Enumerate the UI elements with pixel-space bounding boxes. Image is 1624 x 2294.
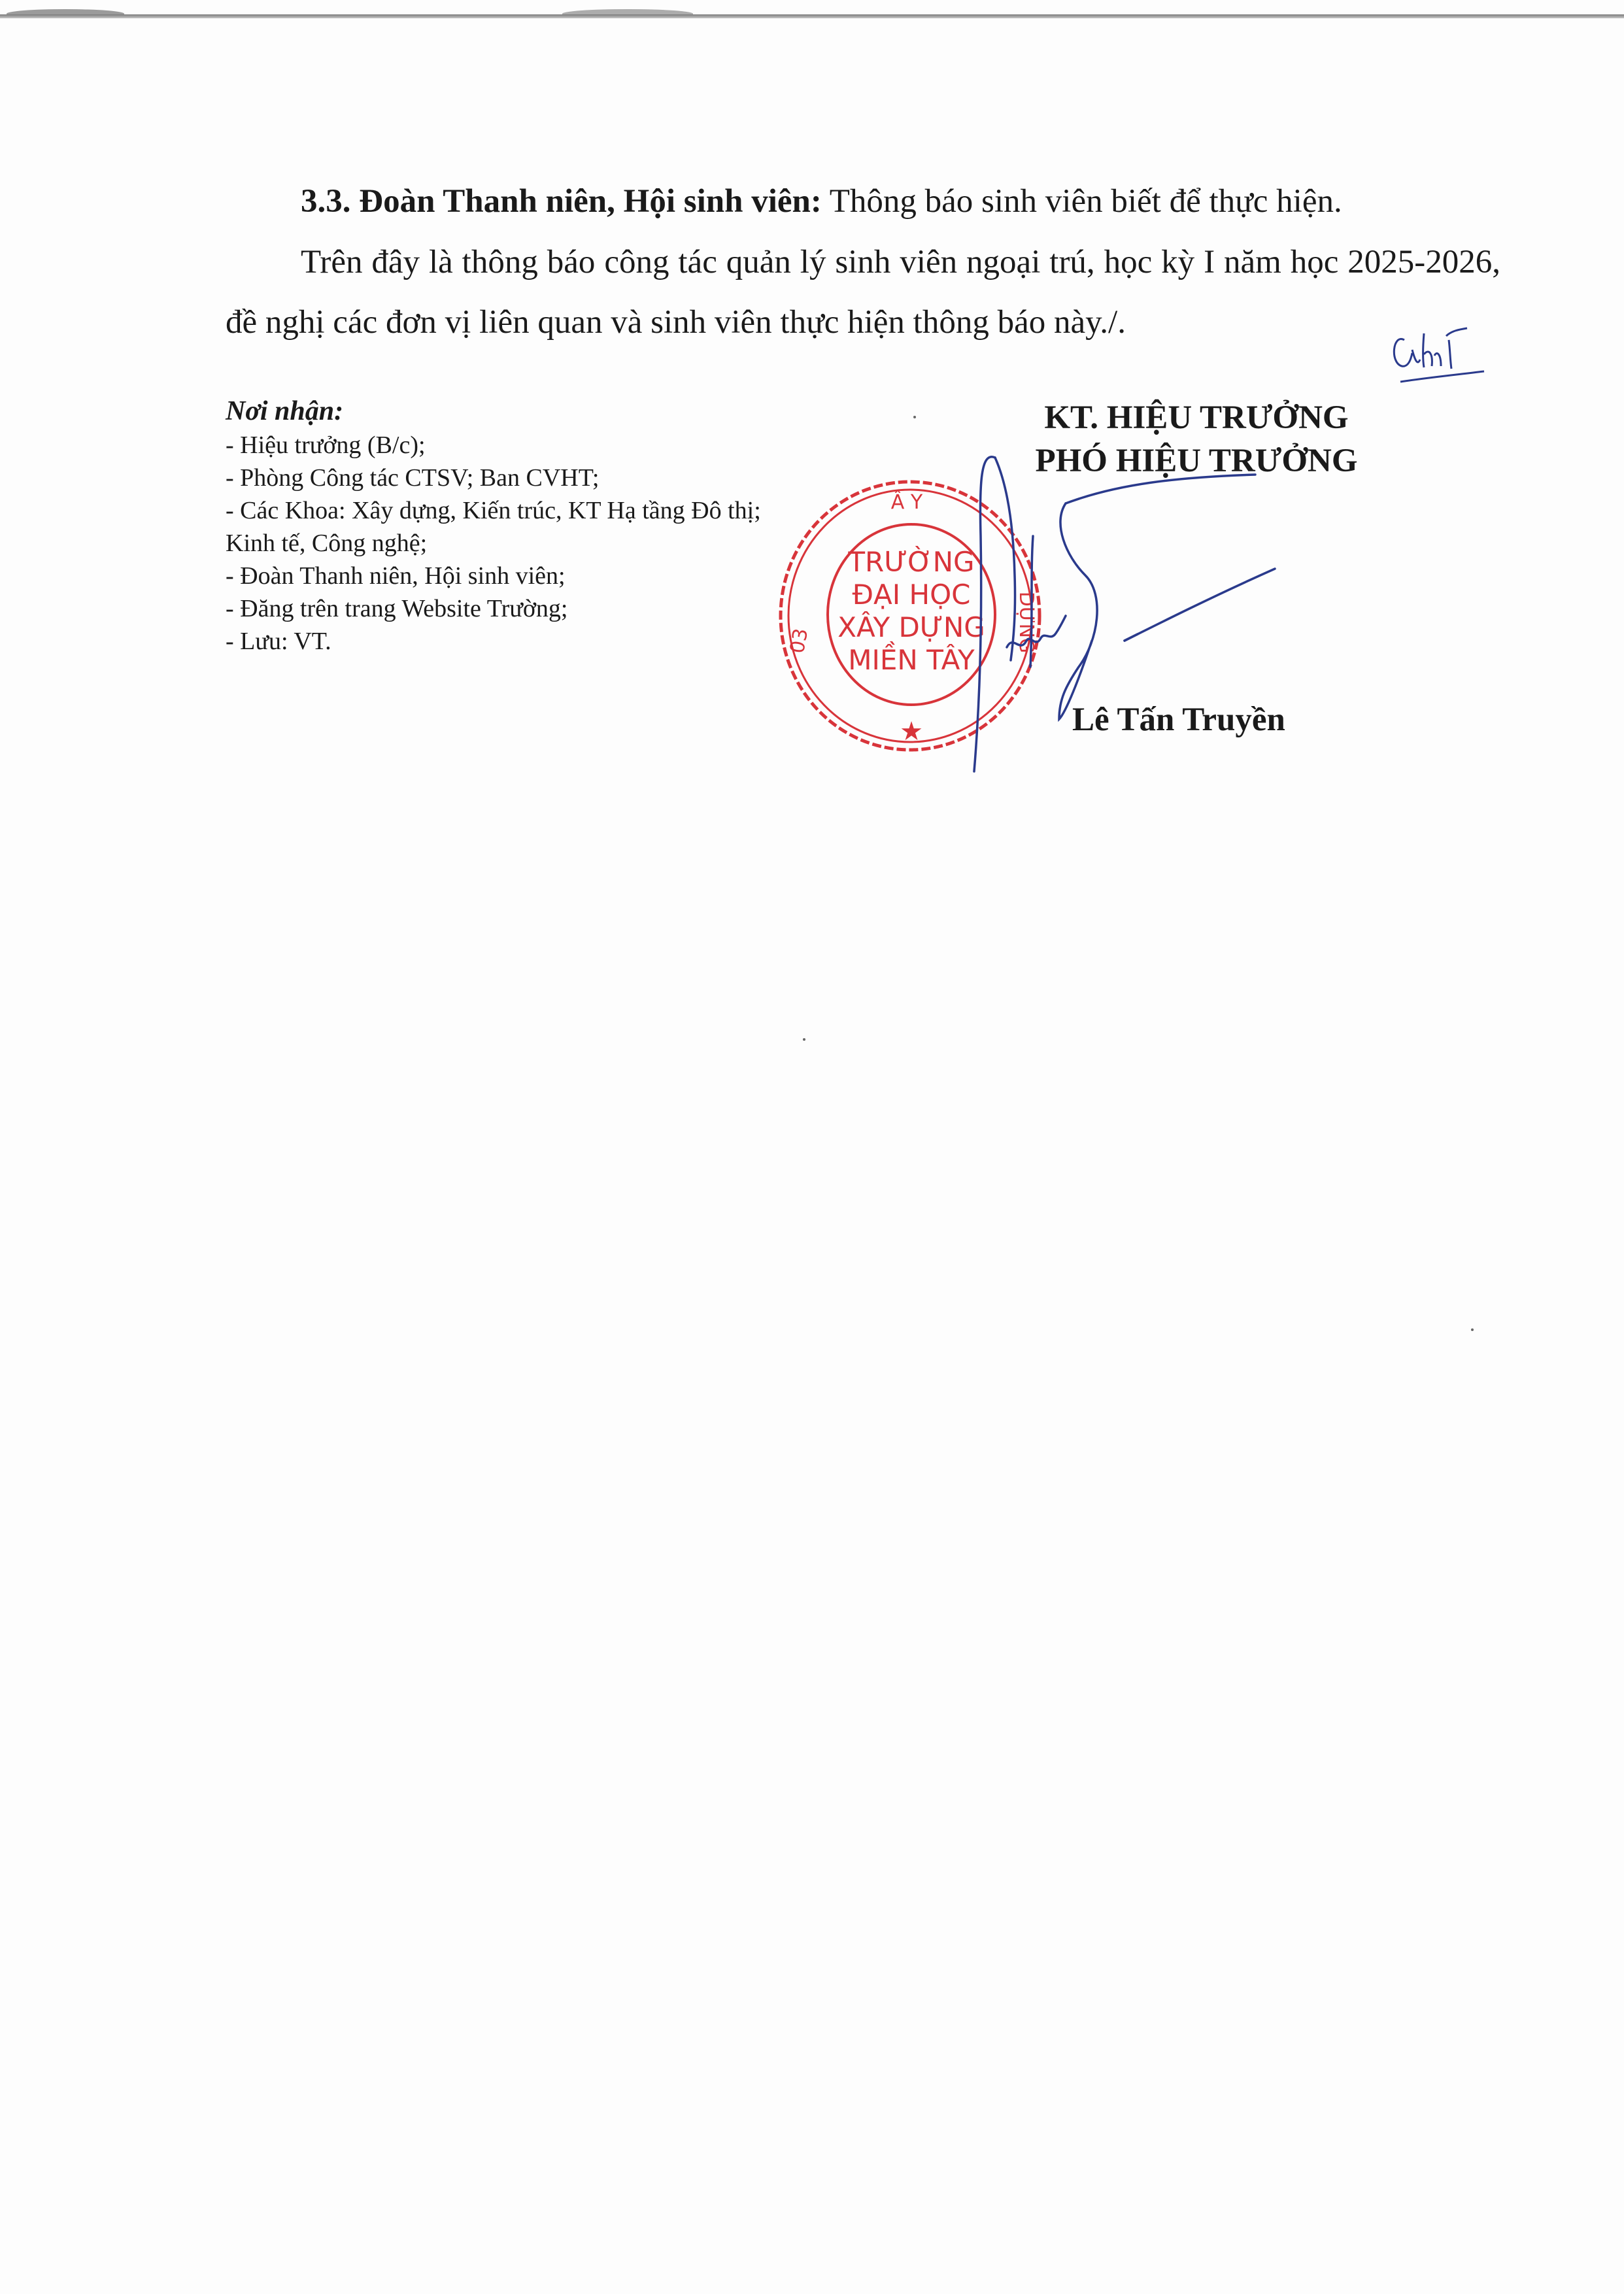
stamp-star-icon: ★ [900,717,923,747]
scan-speck [913,416,916,418]
page-top-edge [0,14,1624,18]
stamp-line: XÂY DỰNG [837,611,985,643]
scan-speck [803,1038,805,1041]
signature-title-line1: KT. HIỆU TRƯỞNG [968,396,1425,439]
initials-signature-icon [1386,314,1491,386]
stamp-line: ĐẠI HỌC [853,579,971,611]
stamp-ring-top: Â Y [891,490,923,514]
section-text: Thông báo sinh viên biết để thực hiện. [822,183,1342,220]
scan-speck [1471,1328,1474,1331]
closing-paragraph: Trên đây là thông báo công tác quản lý s… [226,232,1500,352]
stamp-line: MIỀN TÂY [848,641,975,676]
section-heading: 3.3. Đoàn Thanh niên, Hội sinh viên: [301,183,822,220]
stamp-ring-left: 03 [786,627,813,656]
recipients-title: Nơi nhận: [226,395,879,428]
signer-name: Lê Tấn Truyền [1072,701,1285,739]
section-3-3: 3.3. Đoàn Thanh niên, Hội sinh viên: Thô… [226,171,1500,231]
stamp-line: TRƯỜNG [847,545,974,578]
recipient-item: - Hiệu trưởng (B/c); [226,429,879,462]
